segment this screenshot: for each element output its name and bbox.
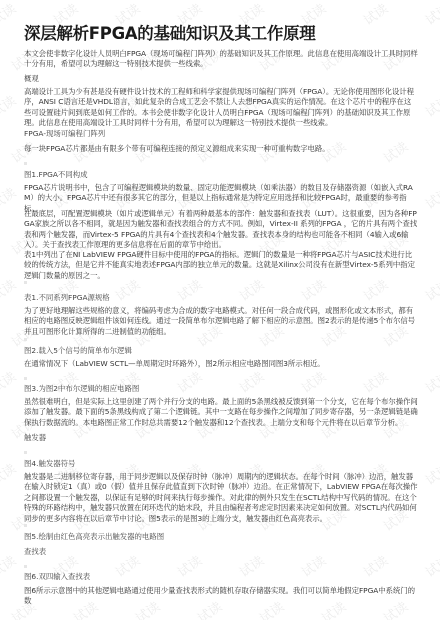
- watermark-text: 试读: [235, 550, 267, 580]
- watermark-text: 试读: [0, 458, 19, 488]
- watermark-text: 试读: [0, 274, 19, 304]
- watermark-text: 试读: [0, 550, 19, 580]
- watermark-text: 试读: [0, 366, 19, 396]
- watermark-text: 试读: [173, 550, 205, 580]
- figure-6-image: [24, 565, 27, 568]
- watermark-text: 试读: [359, 366, 391, 396]
- lowest-level-paragraph: 在最底层，可配置逻辑模块（如片或逻辑单元）有着两种最基本的部件：触发器和查找表（…: [24, 209, 418, 251]
- watermark-text: 试读: [297, 366, 329, 396]
- watermark-text: 试读: [297, 550, 329, 580]
- table-1-caption: 表1.不同系列FPGA源规格: [24, 293, 110, 303]
- figure-2-paragraph: 在通常情况下（LabVIEW SCTL—单周期定时环路外），图2所示相应电路图同…: [24, 359, 418, 369]
- flipflop-heading: 触发器: [24, 433, 46, 443]
- watermark-text: 试读: [111, 550, 143, 580]
- figure-1-image: [24, 162, 27, 165]
- overview-heading: 概观: [24, 74, 39, 84]
- figure-1-caption: 图1.FPGA不同构成: [24, 170, 88, 180]
- figure-3-image: [24, 377, 27, 380]
- figure-5-caption: 图5.绘制由红色高亮表示出触发器的电路图: [24, 532, 164, 542]
- watermark-text: 试读: [421, 90, 440, 120]
- watermark-text: 试读: [235, 366, 267, 396]
- intro-paragraph: 本文会使非数字化设计人员明白FPGA（现场可编程门阵列）的基础知识及其工作原理。…: [24, 49, 418, 70]
- table-1-image: [24, 281, 27, 284]
- fpga-heading: FPGA-现场可编程门阵列: [24, 129, 105, 139]
- watermark-text: 试读: [421, 0, 440, 29]
- watermark-text: 试读: [421, 182, 440, 212]
- figure-5-image: [24, 524, 27, 527]
- watermark-text: 试读: [359, 550, 391, 580]
- fpga-paragraph: 每一块FPGA芯片都是由有限多个带有可编程连接的预定义源组成来实现一种可重构数字…: [24, 144, 418, 154]
- watermark-text: 试读: [173, 366, 205, 396]
- page-title: 深层解析FPGA的基础知识及其工作原理: [24, 20, 315, 44]
- watermark-text: 试读: [421, 366, 440, 396]
- figure-4-paragraph: 触发器是二进制移位寄存器，用于同步逻辑以及保存时钟（脉冲）周期内的逻辑状态。在每…: [24, 472, 418, 524]
- watermark-text: 试读: [0, 182, 19, 212]
- figure-3-paragraph: 虽然很难明白，但是实际上这里创建了两个并行分支的电路。最上面的5条黑线被反馈到第…: [24, 397, 418, 428]
- overview-paragraph: 高端设计工具为少有甚是没有硬件设计技术的工程师和科学家提供现场可编程门阵列（FP…: [24, 87, 418, 129]
- figure-2-caption: 图2.载入5个信号的简单布尔逻辑: [24, 346, 132, 356]
- figure-4-caption: 图4.触发器符号: [24, 459, 75, 469]
- watermark-text: 试读: [421, 550, 440, 580]
- watermark-text: 试读: [421, 458, 440, 488]
- watermark-text: 试读: [421, 274, 440, 304]
- figure-4-image: [24, 451, 27, 454]
- figure-6-caption: 图6.双四输入查找表: [24, 572, 90, 582]
- table-1-paragraph: 表1中列出了在NI LabVIEW FPGA硬件目标中使用的FPGA的指标。逻辑…: [24, 250, 418, 281]
- watermark-text: 试读: [0, 0, 19, 29]
- figure-2-image: [24, 338, 27, 341]
- figure-6-paragraph: 图6所示示意图中的其他逻辑电路通过使用少量查找表形式的随机存取存储器实现。我们可…: [24, 586, 418, 607]
- meaning-paragraph: 为了更好地理解这些规格的意义，将编码考虑为合成的数字电路模式。对任何一段合成代码…: [24, 306, 418, 337]
- figure-3-caption: 图3.为图2中布尔逻辑的相应电路图: [24, 384, 139, 394]
- watermark-text: 试读: [359, 0, 391, 29]
- lut-heading: 查找表: [24, 547, 46, 557]
- watermark-text: 试读: [0, 90, 19, 120]
